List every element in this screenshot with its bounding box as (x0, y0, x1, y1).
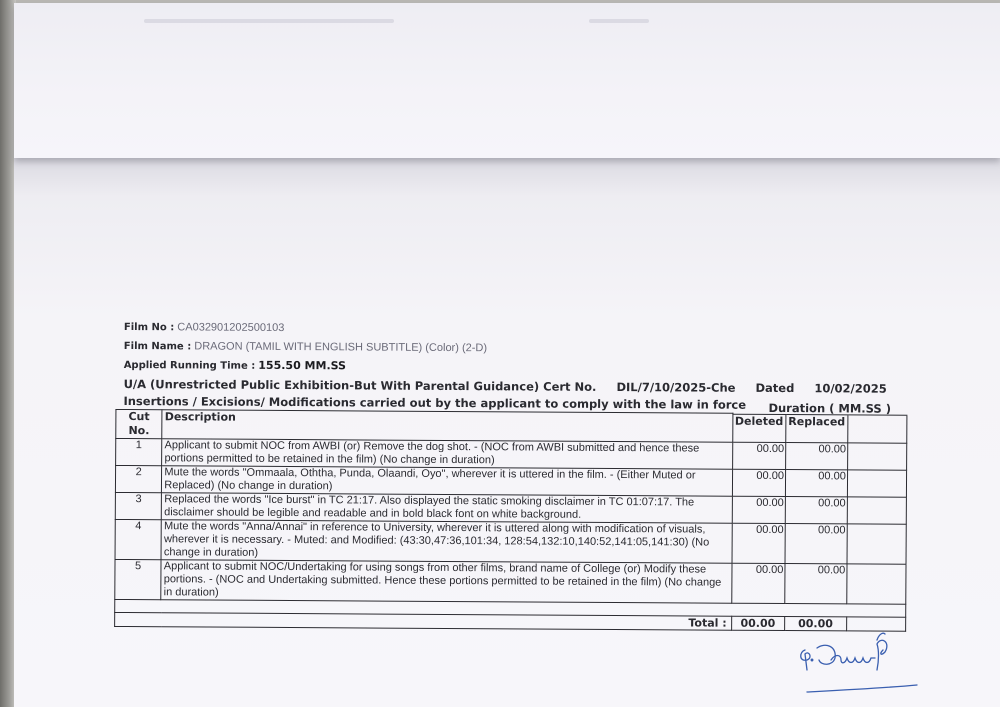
cut-no: 3 (115, 492, 161, 519)
table-row: 5 Applicant to submit NOC/Undertaking fo… (115, 559, 906, 604)
cut-description: Applicant to submit NOC/Undertaking for … (161, 560, 731, 603)
table-row: 1 Applicant to submit NOC from AWBI (or)… (116, 438, 907, 470)
total-deleted: 00.00 (731, 616, 785, 630)
col-cut-no: Cut No. (116, 409, 162, 438)
cut-no: 1 (116, 438, 162, 465)
replaced-duration: 00.00 (785, 564, 847, 604)
film-no-value: CA032901202500103 (177, 321, 284, 334)
film-no-label: Film No : (124, 322, 174, 333)
table-row: 3 Replaced the words "Ice burst" in TC 2… (115, 492, 906, 524)
cut-description: Mute the words "Ommaala, Oththa, Punda, … (162, 466, 732, 496)
empty-cell (847, 497, 906, 524)
deleted-duration: 00.00 (731, 563, 785, 603)
replaced-duration: 00.00 (785, 524, 847, 564)
deleted-duration: 00.00 (732, 469, 786, 496)
certificate-modifications-document: Film No : CA032901202500103 Film Name : … (122, 318, 914, 632)
cert-no-value: DIL/7/10/2025-Che (616, 380, 735, 395)
table-row: 2 Mute the words "Ommaala, Oththa, Punda… (115, 465, 906, 497)
replaced-duration: 00.00 (786, 443, 848, 470)
empty-cell (847, 524, 906, 564)
cut-no: 4 (115, 519, 162, 559)
deleted-duration: 00.00 (732, 496, 786, 523)
col-deleted: Deleted (732, 414, 786, 442)
dated-value: 10/02/2025 (814, 381, 887, 395)
cut-no: 2 (115, 465, 161, 492)
cut-description: Replaced the words "Ice burst" in TC 21:… (162, 493, 732, 523)
bleed-through-text (589, 19, 649, 23)
col-replaced: Replaced (786, 414, 848, 442)
deleted-duration: 00.00 (732, 523, 786, 563)
cut-description: Mute the words "Anna/Annai" in reference… (161, 520, 731, 563)
signature (795, 630, 925, 695)
col-empty (848, 415, 907, 443)
cuts-table: Cut No. Description Deleted Replaced 1 A… (114, 409, 907, 632)
total-replaced: 00.00 (785, 617, 847, 631)
replaced-duration: 00.00 (785, 497, 847, 524)
cut-no: 5 (115, 559, 162, 599)
folded-paper-flap (14, 3, 1000, 158)
dated-label: Dated (755, 381, 794, 395)
col-description: Description (162, 410, 732, 442)
empty-cell (847, 470, 906, 497)
replaced-duration: 00.00 (785, 470, 847, 497)
certificate-text: U/A (Unrestricted Public Exhibition-But … (124, 377, 597, 394)
running-time-label: Applied Running Time : (124, 360, 256, 372)
running-time-value: 155.50 MM.SS (258, 359, 346, 373)
film-name-label: Film Name : (124, 341, 191, 352)
cut-description: Applicant to submit NOC from AWBI (or) R… (162, 439, 732, 469)
film-name-value: DRAGON (TAMIL WITH ENGLISH SUBTITLE) (Co… (194, 340, 487, 354)
empty-cell (847, 443, 906, 470)
table-row: 4 Mute the words "Anna/Annai" in referen… (115, 519, 906, 564)
bleed-through-text (144, 19, 394, 23)
deleted-duration: 00.00 (732, 442, 786, 469)
empty-cell (847, 564, 906, 604)
